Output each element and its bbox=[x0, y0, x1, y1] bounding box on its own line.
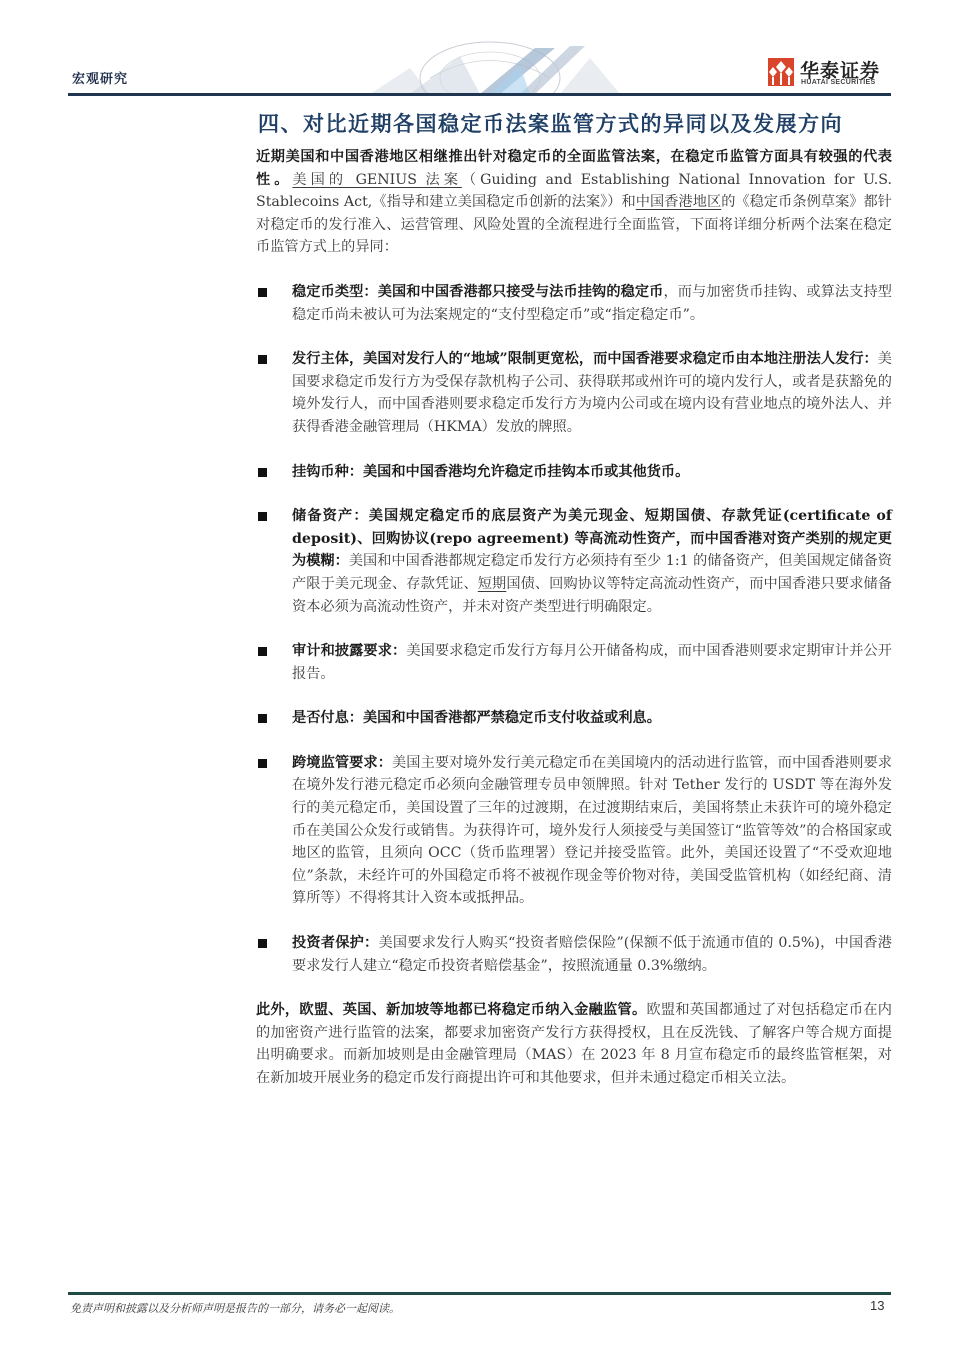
disclaimer-note: 免责声明和披露以及分析师声明是报告的一部分，请务必一起阅读。 bbox=[70, 1300, 400, 1316]
square-bullet-icon bbox=[258, 468, 267, 477]
list-item-reserve-assets: 储备资产：美国规定稳定币的底层资产为美元现金、短期国债、存款凭证(certifi… bbox=[256, 505, 892, 618]
short-term-link[interactable]: 短期 bbox=[478, 576, 507, 592]
square-bullet-icon bbox=[258, 714, 267, 723]
page-header: 宏观研究 华泰证券 HUATAI SECURITIES bbox=[0, 0, 960, 100]
item-heading: 是否付息：美国和中国香港都严禁稳定币支付收益或利息。 bbox=[292, 710, 661, 726]
huatai-logo-mark-icon bbox=[768, 58, 794, 86]
list-item-stablecoin-type: 稳定币类型：美国和中国香港都只接受与法币挂钩的稳定币，而与加密货币挂钩、或算法支… bbox=[256, 281, 892, 326]
square-bullet-icon bbox=[258, 288, 267, 297]
square-bullet-icon bbox=[258, 759, 267, 768]
comparison-list: 稳定币类型：美国和中国香港都只接受与法币挂钩的稳定币，而与加密货币挂钩、或算法支… bbox=[256, 281, 892, 977]
square-bullet-icon bbox=[258, 939, 267, 948]
item-text: 美国要求发行人购买“投资者赔偿保险”(保额不低于流通市值的 0.5%)，中国香港… bbox=[292, 935, 892, 974]
square-bullet-icon bbox=[258, 512, 267, 521]
square-bullet-icon bbox=[258, 355, 267, 364]
item-heading: 稳定币类型：美国和中国香港都只接受与法币挂钩的稳定币 bbox=[292, 284, 663, 300]
logo-name-en: HUATAI SECURITIES bbox=[801, 79, 875, 86]
intro-paragraph: 近期美国和中国香港地区相继推出针对稳定币的全面监管法案，在稳定币监管方面具有较强… bbox=[256, 146, 892, 259]
section-label: 宏观研究 bbox=[72, 68, 128, 87]
header-divider bbox=[68, 93, 891, 96]
main-content: 近期美国和中国香港地区相继推出针对稳定币的全面监管法案，在稳定币监管方面具有较强… bbox=[256, 146, 892, 1090]
list-item-cross-border: 跨境监管要求：美国主要对境外发行美元稳定币在美国境内的活动进行监管，而中国香港则… bbox=[256, 752, 892, 910]
item-heading: 发行主体，美国对发行人的“地域”限制更宽松，而中国香港要求稳定币由本地注册法人发… bbox=[292, 351, 878, 367]
list-item-pegged-currency: 挂钩币种：美国和中国香港均允许稳定币挂钩本币或其他货币。 bbox=[256, 461, 892, 484]
closing-bold: 此外，欧盟、英国、新加坡等地都已将稳定币纳入金融监管。 bbox=[256, 1002, 646, 1018]
list-item-interest: 是否付息：美国和中国香港都严禁稳定币支付收益或利息。 bbox=[256, 707, 892, 730]
list-item-audit-disclosure: 审计和披露要求：美国要求稳定币发行方每月公开储备构成，而中国香港则要求定期审计并… bbox=[256, 640, 892, 685]
square-bullet-icon bbox=[258, 647, 267, 656]
item-text: 美国主要对境外发行美元稳定币在美国境内的活动进行监管，而中国香港则要求在境外发行… bbox=[292, 755, 892, 907]
item-heading: 跨境监管要求： bbox=[292, 755, 392, 771]
globe-banner-decoration bbox=[370, 38, 620, 94]
page-number: 13 bbox=[870, 1298, 884, 1313]
closing-paragraph: 此外，欧盟、英国、新加坡等地都已将稳定币纳入金融监管。欧盟和英国都通过了对包括稳… bbox=[256, 999, 892, 1089]
item-heading: 挂钩币种：美国和中国香港均允许稳定币挂钩本币或其他货币。 bbox=[292, 464, 689, 480]
footer-divider bbox=[68, 1292, 891, 1295]
item-heading: 投资者保护： bbox=[292, 935, 378, 951]
section-title: 四、对比近期各国稳定币法案监管方式的异同以及发展方向 bbox=[258, 108, 843, 138]
hong-kong-link[interactable]: 中国香港地区 bbox=[636, 194, 721, 210]
list-item-issuer: 发行主体，美国对发行人的“地域”限制更宽松，而中国香港要求稳定币由本地注册法人发… bbox=[256, 348, 892, 438]
genius-act-link[interactable]: 美国的 GENIUS 法案 bbox=[292, 172, 461, 188]
list-item-investor-protection: 投资者保护：美国要求发行人购买“投资者赔偿保险”(保额不低于流通市值的 0.5%… bbox=[256, 932, 892, 977]
item-heading: 审计和披露要求： bbox=[292, 643, 406, 659]
huatai-logo: 华泰证券 HUATAI SECURITIES bbox=[768, 56, 893, 90]
